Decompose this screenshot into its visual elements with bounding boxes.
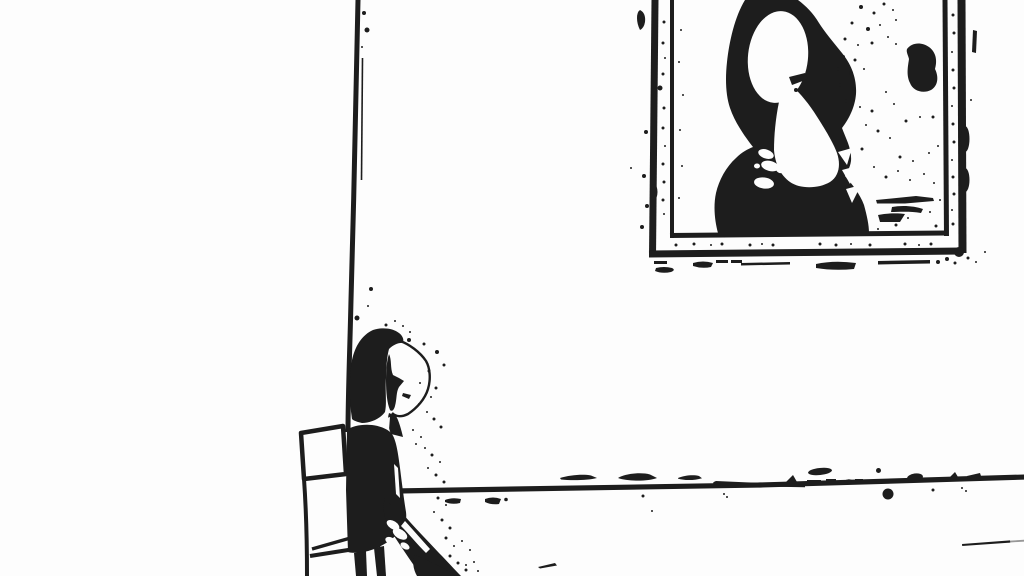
ink-speckle [449,527,452,530]
ink-speckle [662,199,665,202]
ink-speckle [905,120,908,123]
ink-speckle [726,496,728,498]
ink-speckle [407,338,411,342]
ink-speckle [885,176,888,179]
ink-speckle [420,436,422,438]
ink-speckle [449,555,452,558]
ink-speckle [630,167,632,169]
ink-speckle [893,103,895,105]
ink-speckle [663,21,666,24]
ink-speckle [954,262,957,265]
ink-speckle [749,244,752,247]
ink-speckle [772,244,775,247]
ink-speckle [664,57,666,59]
ink-speckle [433,511,435,513]
ink-speckle [919,116,921,118]
ink-speckle [918,244,920,246]
ink-speckle [939,199,941,201]
ink-speckle [662,127,665,130]
ink-speckle [854,59,857,62]
ink-speckle [412,429,414,431]
ink-speckle [721,243,724,246]
ink-speckle [361,46,363,48]
ink-speckle [663,213,665,215]
ink-speckle [967,257,970,260]
ink-speckle [879,24,881,26]
ink-speckle [445,537,448,540]
ink-speckle [937,145,939,147]
ink-speckle [431,454,434,457]
ink-speckle [437,497,440,500]
ink-speckle [887,36,889,38]
ink-speckle [428,370,431,373]
ink-speckle [909,179,911,181]
ink-speckle [895,43,897,45]
ink-speckle [952,69,955,72]
ink-speckle [662,163,665,166]
ink-speckle [642,174,646,178]
illustration-canvas: Black-and-white ink cartoon [0,0,1024,576]
ink-speckle [877,130,880,133]
ink-speckle [863,68,865,70]
ink-speckle [953,87,956,90]
ink-speckle [923,173,925,175]
ink-speckle [970,99,972,101]
ink-speckle [362,11,366,15]
ink-speckle [678,197,680,199]
ink-speckle [904,243,907,246]
ink-speckle [678,61,680,63]
ink-speckle [849,71,853,75]
ink-speckle [365,28,370,33]
ink-speckle [433,418,436,421]
ink-speckle [682,94,684,96]
ink-speckle [859,106,861,108]
ink-speckle [457,562,460,565]
ink-speckle [859,5,863,9]
ink-speckle [871,110,874,113]
ink-speckle [662,42,665,45]
ink-speckle [423,343,426,346]
ink-speckle [885,91,887,93]
ink-speckle [443,364,446,367]
ink-speckle [367,305,369,307]
ink-speckle [857,44,859,46]
ink-speckle [837,68,840,71]
ink-speckle [951,105,953,107]
ink-speckle [435,350,439,354]
ink-speckle [394,320,396,322]
ink-speckle [961,487,963,489]
ink-speckle [640,225,644,229]
ink-speckle [477,570,479,572]
ink-cartoon-scene: Black-and-white ink cartoon [0,0,1024,576]
ink-speckle [895,224,898,227]
ink-speckle [710,244,712,246]
ink-speckle [644,130,648,134]
ink-speckle [907,217,909,219]
ink-speckle [443,481,446,484]
ink-speckle [895,19,897,21]
ink-speckle [952,123,955,126]
ink-speckle [664,145,666,147]
ink-speckle [693,243,696,246]
ink-speckle [984,251,986,253]
ink-speckle [469,549,471,551]
ink-speckle [951,51,953,53]
ink-speckle [429,489,431,491]
ink-speckle [951,159,953,161]
ink-speckle [835,244,838,247]
ink-speckle [419,382,421,384]
ink-speckle [845,100,848,103]
ink-speckle [418,403,420,405]
ink-speckle [865,124,867,126]
ink-speckle [427,467,429,469]
ink-speckle [930,243,933,246]
ink-speckle [663,181,666,184]
ink-speckle [873,12,876,15]
ink-speckle [897,170,899,172]
ink-speckle [953,32,956,35]
ink-speckle [869,244,872,247]
ink-speckle [841,55,845,59]
ink-speckle [465,569,468,572]
ink-speckle [473,561,475,563]
ink-speckle [844,38,847,41]
ink-speckle [675,244,678,247]
chair-front-leg [354,551,367,576]
ink-speckle [851,22,854,25]
ink-speckle [430,396,432,398]
ink-speckle [453,545,455,547]
ink-speckle [645,204,649,208]
ink-speckle [928,152,930,154]
ink-speckle [877,228,879,230]
ink-speckle [912,160,914,162]
ink-speckle [819,243,822,246]
ink-speckle [663,107,666,110]
ink-speckle [440,426,443,429]
ink-speckle [852,87,856,91]
ink-speckle [935,225,938,228]
ink-speckle [651,510,653,512]
ink-speckle [435,474,438,477]
ink-speckle [953,193,956,196]
ink-speckle [871,42,874,45]
ink-speckle [850,243,852,245]
ink-speckle [952,223,955,226]
ink-speckle [435,387,438,390]
ink-speckle [642,495,645,498]
ink-speckle [402,325,404,327]
ink-speckle [953,141,956,144]
ink-speckle [426,411,428,413]
ink-speckle [932,116,935,119]
ink-speckle [681,165,683,167]
ink-speckle [465,564,467,566]
ink-speckle [415,443,417,445]
ink-speckle [965,490,967,492]
ink-speckle [662,73,665,76]
ink-speckle [445,504,447,506]
ink-speckle [355,316,360,321]
ink-speckle [873,166,875,168]
ink-speckle [866,27,870,31]
ink-speckle [680,29,682,31]
ink-speckle [723,493,725,495]
ink-speckle [761,243,763,245]
ink-speckle [952,14,955,17]
ink-speckle [424,447,426,449]
ink-speckle [385,324,388,327]
ink-speckle [369,287,373,291]
ink-speckle [658,86,663,91]
ink-speckle [441,519,444,522]
ink-speckle [839,84,842,87]
ink-speckle [861,148,864,151]
ink-speckle [933,182,935,184]
ink-speckle [892,9,894,11]
ink-speckle [975,261,977,263]
ink-speckle [889,137,891,139]
ink-speckle [883,3,886,6]
ink-speckle [899,156,902,159]
ink-speckle [951,209,953,211]
ink-speckle [679,129,681,131]
ink-speckle [439,461,441,463]
ink-speckle [409,331,411,333]
ink-speckle [932,489,935,492]
ink-speckle [929,211,931,213]
ink-speckle [461,540,463,542]
ink-speckle [952,176,955,179]
